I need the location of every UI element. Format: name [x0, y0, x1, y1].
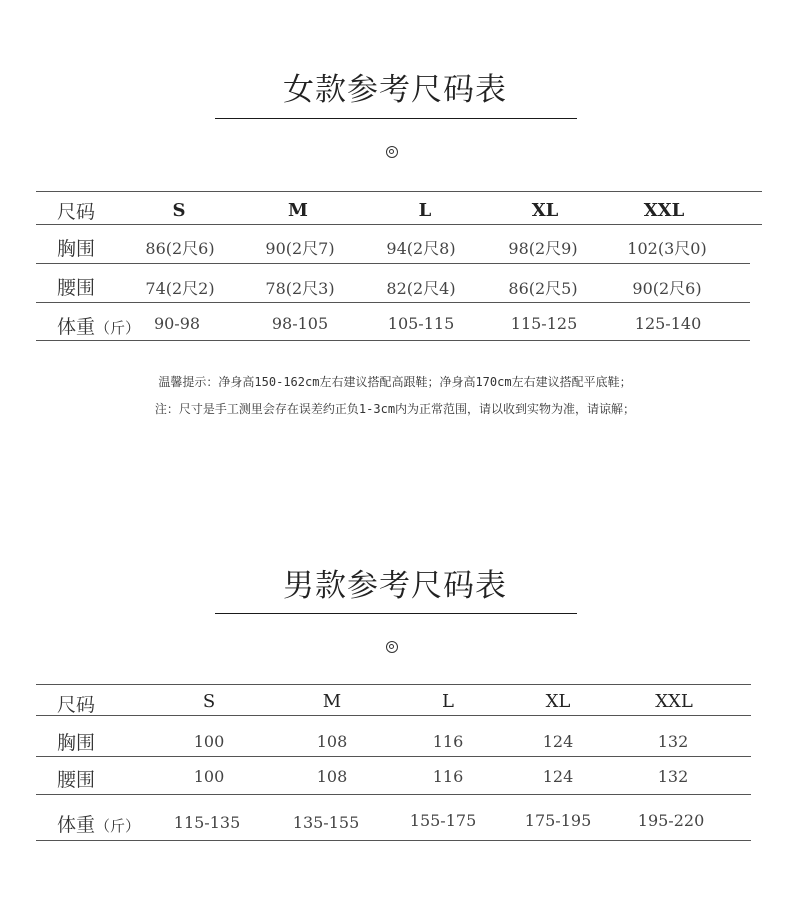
weight-unit: （斤） [95, 817, 140, 835]
table-rule [36, 224, 762, 225]
weight-unit: （斤） [95, 319, 140, 337]
chest-s: 86(2尺6) [145, 236, 214, 259]
waist-xxl: 132 [658, 767, 689, 786]
tip-note: 温馨提示：净身高150-162cm左右建议搭配高跟鞋；净身高170cm左右建议搭… [0, 373, 790, 390]
size-m: M [323, 691, 341, 712]
table-rule [36, 840, 751, 841]
size-xl: XL [532, 200, 559, 221]
weight-s: 115-135 [174, 813, 240, 832]
waist-label: 腰围 [57, 765, 95, 792]
table-rule [36, 263, 750, 264]
waist-xl: 124 [543, 767, 574, 786]
weight-xxl: 125-140 [635, 314, 701, 333]
circle-ornament-icon [386, 146, 398, 158]
men-chart-title: 男款参考尺码表 [0, 560, 790, 605]
chest-xl: 124 [543, 732, 574, 751]
table-rule [36, 340, 750, 341]
size-l: L [419, 200, 432, 221]
weight-m: 98-105 [272, 314, 328, 333]
table-rule [36, 684, 751, 685]
chest-label: 胸围 [57, 234, 95, 261]
chest-l: 94(2尺8) [386, 236, 455, 259]
weight-m: 135-155 [293, 813, 359, 832]
table-rule [36, 302, 750, 303]
waist-l: 116 [433, 767, 464, 786]
chest-xl: 98(2尺9) [508, 236, 577, 259]
weight-label: 体重（斤） [57, 312, 140, 339]
chest-s: 100 [194, 732, 225, 751]
table-rule [36, 715, 751, 716]
title-divider [215, 118, 577, 119]
size-xxl: XXL [655, 691, 693, 712]
size-s: S [173, 200, 186, 221]
size-l: L [442, 691, 454, 712]
chest-l: 116 [433, 732, 464, 751]
weight-xl: 115-125 [511, 314, 577, 333]
waist-xl: 86(2尺5) [508, 276, 577, 299]
weight-xl: 175-195 [525, 811, 591, 830]
size-m: M [288, 200, 308, 221]
chest-m: 90(2尺7) [265, 236, 334, 259]
title-divider [215, 613, 577, 614]
waist-label: 腰围 [57, 273, 95, 300]
size-s: S [203, 691, 215, 712]
table-rule [36, 191, 762, 192]
waist-xxl: 90(2尺6) [632, 276, 701, 299]
size-xl: XL [546, 691, 571, 712]
weight-l: 155-175 [410, 811, 476, 830]
weight-s: 90-98 [154, 314, 200, 333]
chest-m: 108 [317, 732, 348, 751]
women-chart-title: 女款参考尺码表 [0, 64, 790, 109]
size-header-label: 尺码 [57, 197, 95, 224]
weight-label-text: 体重 [57, 316, 95, 338]
circle-ornament-icon [386, 641, 398, 653]
waist-l: 82(2尺4) [386, 276, 455, 299]
measurement-note: 注：尺寸是手工测里会存在误差约正负1-3cm内为正常范围，请以收到实物为准，请谅… [0, 400, 790, 417]
chest-label: 胸围 [57, 728, 95, 755]
size-xxl: XXL [644, 200, 685, 221]
size-header-label: 尺码 [57, 690, 95, 717]
chest-xxl: 132 [658, 732, 689, 751]
weight-xxl: 195-220 [638, 811, 704, 830]
weight-label-text: 体重 [57, 814, 95, 836]
waist-m: 78(2尺3) [265, 276, 334, 299]
weight-l: 105-115 [388, 314, 454, 333]
weight-label: 体重（斤） [57, 810, 140, 837]
table-rule [36, 756, 751, 757]
waist-m: 108 [317, 767, 348, 786]
waist-s: 74(2尺2) [145, 276, 214, 299]
waist-s: 100 [194, 767, 225, 786]
chest-xxl: 102(3尺0) [627, 236, 706, 259]
table-rule [36, 794, 751, 795]
